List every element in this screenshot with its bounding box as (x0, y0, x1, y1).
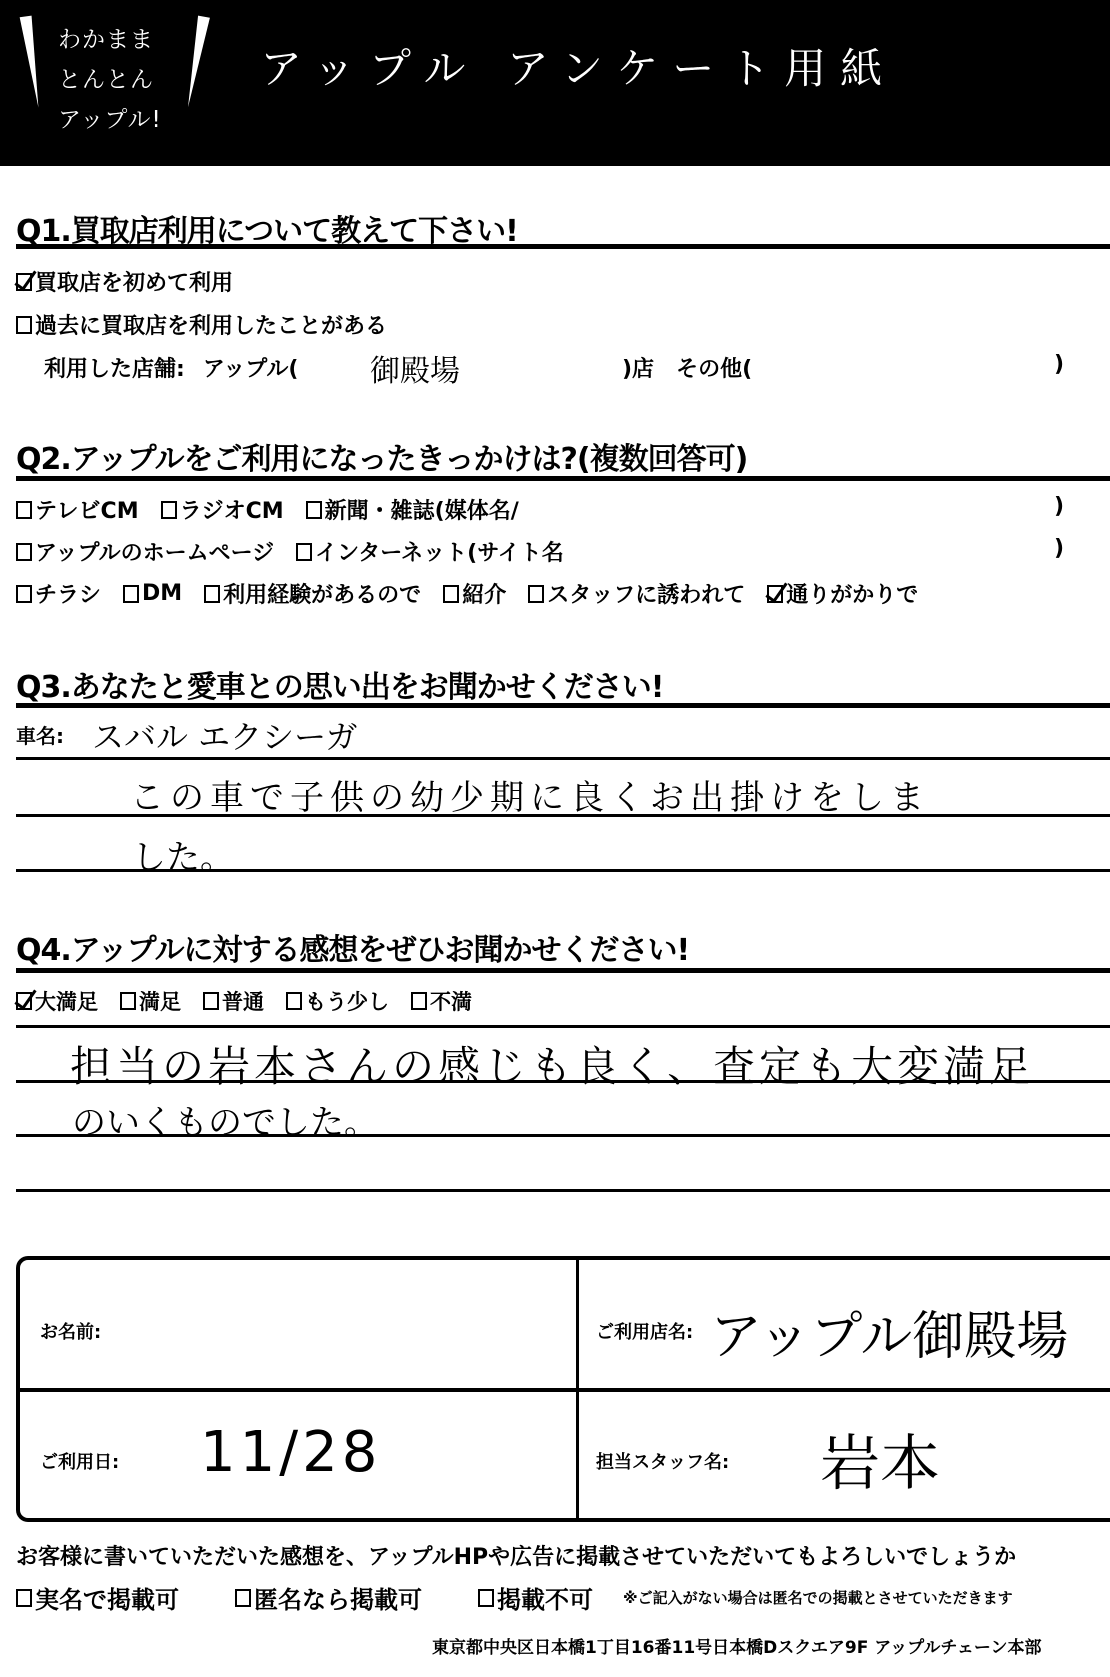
write-line (16, 869, 1110, 872)
q2-title: Q2.アップルをご利用になったきっかけは?(複数回答可) (16, 434, 747, 478)
exclamation-bar-icon (20, 16, 45, 109)
q2-option-radio-cm[interactable]: ラジオCM (161, 494, 284, 525)
store-suffix: )店 (622, 352, 654, 383)
staff-field[interactable]: 岩本 (820, 1416, 940, 1502)
consent-note: ※ご記入がない場合は匿名での掲載とさせていただきます (623, 1587, 1013, 1608)
write-line (16, 1189, 1110, 1192)
option-label: 満足 (139, 986, 181, 1016)
car-name-handwritten[interactable]: スバル エクシーガ (92, 712, 358, 758)
q2-option-experience[interactable]: 利用経験があるので (204, 578, 421, 609)
checkbox-icon[interactable] (16, 1589, 32, 1607)
header-banner: わかまま とんとん アップル! アップル アンケート用紙 (0, 0, 1110, 166)
q2-option-referral[interactable]: 紹介 (443, 578, 506, 609)
q2-row-3: チラシ DM 利用経験があるので 紹介 スタッフに誘われて 通りがかりで (16, 578, 940, 609)
divider (16, 703, 1110, 708)
checkbox-icon[interactable] (204, 585, 220, 603)
car-label: 車名: (16, 720, 64, 749)
store-name-label: ご利用店名: (596, 1318, 693, 1344)
option-label: 実名で掲載可 (35, 1580, 179, 1615)
close-paren: ) (1054, 536, 1064, 561)
checkbox-icon[interactable] (411, 992, 427, 1010)
checkbox-icon[interactable] (16, 501, 32, 519)
q2-row-1: テレビCM ラジオCM 新聞・雑誌(媒体名/ (16, 494, 541, 525)
q3-title: Q3.あなたと愛車との思い出をお聞かせください! (16, 662, 663, 706)
memory-line-1[interactable]: この車で子供の幼少期に良くお出掛けをしま (130, 770, 930, 819)
checkbox-icon[interactable] (443, 585, 459, 603)
option-label: テレビCM (35, 494, 139, 525)
divider (16, 244, 1110, 249)
write-line (16, 1025, 1110, 1028)
q1-store-row: 利用した店舗: アップル( (44, 352, 298, 383)
option-label: DM (142, 581, 182, 606)
divider (16, 968, 1110, 973)
checkbox-icon[interactable] (306, 501, 322, 519)
customer-info-table: お名前: ご利用店名: アップル御殿場 ご利用日: 11/28 担当スタッフ名:… (16, 1256, 1110, 1522)
checkbox-checked-icon[interactable] (16, 273, 32, 291)
option-label: 紹介 (462, 578, 506, 609)
option-label: 過去に買取店を利用したことがある (35, 309, 387, 340)
q1-option-first-time[interactable]: 買取店を初めて利用 (16, 266, 233, 297)
company-address: 東京都中央区日本橋1丁目16番11号日本橋Dスクエア9F アップルチェーン本部 (432, 1633, 1042, 1658)
store-label: 利用した店舗: (44, 352, 185, 383)
option-label: 買取店を初めて利用 (35, 266, 233, 297)
q2-option-flyer[interactable]: チラシ (16, 578, 101, 609)
q2-option-internet[interactable]: インターネット(サイト名 (296, 536, 564, 567)
q2-row-2: アップルのホームページ インターネット(サイト名 (16, 536, 586, 567)
checkbox-icon[interactable] (528, 585, 544, 603)
option-label: 匿名なら掲載可 (254, 1580, 422, 1615)
store-prefix: アップル( (203, 352, 299, 383)
q2-option-dm[interactable]: DM (123, 581, 182, 606)
option-label: チラシ (35, 578, 101, 609)
slogan-line: とんとん (58, 60, 178, 100)
close-paren: ) (1054, 494, 1064, 519)
q4-option-average[interactable]: 普通 (203, 986, 264, 1016)
divider (16, 476, 1110, 481)
option-label: 大満足 (35, 986, 98, 1016)
option-label: ラジオCM (180, 494, 284, 525)
name-label: お名前: (40, 1318, 101, 1344)
comment-line-1[interactable]: 担当の岩本さんの感じも良く、査定も大変満足 (70, 1034, 1035, 1094)
checkbox-icon[interactable] (16, 316, 32, 334)
checkbox-checked-icon[interactable] (16, 992, 32, 1010)
option-label: インターネット(サイト名 (315, 536, 564, 567)
option-label: スタッフに誘われて (547, 578, 745, 609)
q4-option-satisfied[interactable]: 満足 (120, 986, 181, 1016)
write-line (16, 1134, 1110, 1137)
q4-options: 大満足 満足 普通 もう少し 不満 (16, 986, 494, 1016)
q2-option-tv-cm[interactable]: テレビCM (16, 494, 139, 525)
consent-option-anonymous[interactable]: 匿名なら掲載可 (235, 1580, 422, 1615)
q1-option-used-before[interactable]: 過去に買取店を利用したことがある (16, 309, 387, 340)
q4-option-could-be-better[interactable]: もう少し (286, 986, 389, 1016)
q2-option-passing-by[interactable]: 通りがかりで (767, 578, 918, 609)
checkbox-icon[interactable] (120, 992, 136, 1010)
option-label: 不満 (430, 986, 472, 1016)
staff-label: 担当スタッフ名: (596, 1448, 729, 1474)
option-label: 利用経験があるので (223, 578, 421, 609)
q4-title: Q4.アップルに対する感想をぜひお聞かせください! (16, 925, 689, 969)
checkbox-icon[interactable] (16, 585, 32, 603)
option-label: 通りがかりで (786, 578, 918, 609)
option-label: アップルのホームページ (35, 536, 274, 567)
date-field[interactable]: 11/28 (200, 1420, 381, 1485)
q2-option-homepage[interactable]: アップルのホームページ (16, 536, 274, 567)
form-title: アップル アンケート用紙 (260, 36, 896, 96)
table-divider (20, 1388, 1110, 1392)
checkbox-icon[interactable] (203, 992, 219, 1010)
consent-options: 実名で掲載可 匿名なら掲載可 掲載不可 ※ご記入がない場合は匿名での掲載とさせて… (16, 1580, 1013, 1615)
checkbox-icon[interactable] (16, 543, 32, 561)
option-label: 掲載不可 (497, 1580, 593, 1615)
exclamation-bar-icon (182, 16, 210, 109)
write-line (16, 814, 1110, 817)
checkbox-icon[interactable] (235, 1589, 251, 1607)
checkbox-checked-icon[interactable] (767, 585, 783, 603)
checkbox-icon[interactable] (123, 585, 139, 603)
option-label: もう少し (305, 986, 389, 1016)
store-name-field[interactable]: アップル御殿場 (710, 1294, 1068, 1369)
q4-option-very-satisfied[interactable]: 大満足 (16, 986, 98, 1016)
consent-question: お客様に書いていただいた感想を、アップルHPや広告に掲載させていただいてもよろし… (16, 1540, 1016, 1571)
checkbox-icon[interactable] (296, 543, 312, 561)
option-label: 新聞・雑誌(媒体名/ (325, 494, 519, 525)
write-line (16, 757, 1110, 760)
q2-option-newspaper[interactable]: 新聞・雑誌(媒体名/ (306, 494, 519, 525)
close-paren: ) (1054, 352, 1064, 377)
other-label: その他( (676, 352, 752, 383)
checkbox-icon[interactable] (478, 1589, 494, 1607)
checkbox-icon[interactable] (161, 501, 177, 519)
q2-option-staff[interactable]: スタッフに誘われて (528, 578, 745, 609)
date-label: ご利用日: (40, 1448, 119, 1474)
q4-option-dissatisfied[interactable]: 不満 (411, 986, 472, 1016)
q1-store-suffix-row: )店 その他( (622, 352, 752, 383)
slogan: わかまま とんとん アップル! (58, 20, 178, 140)
store-handwritten[interactable]: 御殿場 (370, 346, 460, 390)
write-line (16, 1080, 1110, 1083)
consent-option-real-name[interactable]: 実名で掲載可 (16, 1580, 179, 1615)
consent-option-no-publish[interactable]: 掲載不可 (478, 1580, 593, 1615)
option-label: 普通 (222, 986, 264, 1016)
checkbox-icon[interactable] (286, 992, 302, 1010)
slogan-line: わかまま (58, 20, 178, 60)
slogan-line: アップル! (58, 100, 178, 140)
